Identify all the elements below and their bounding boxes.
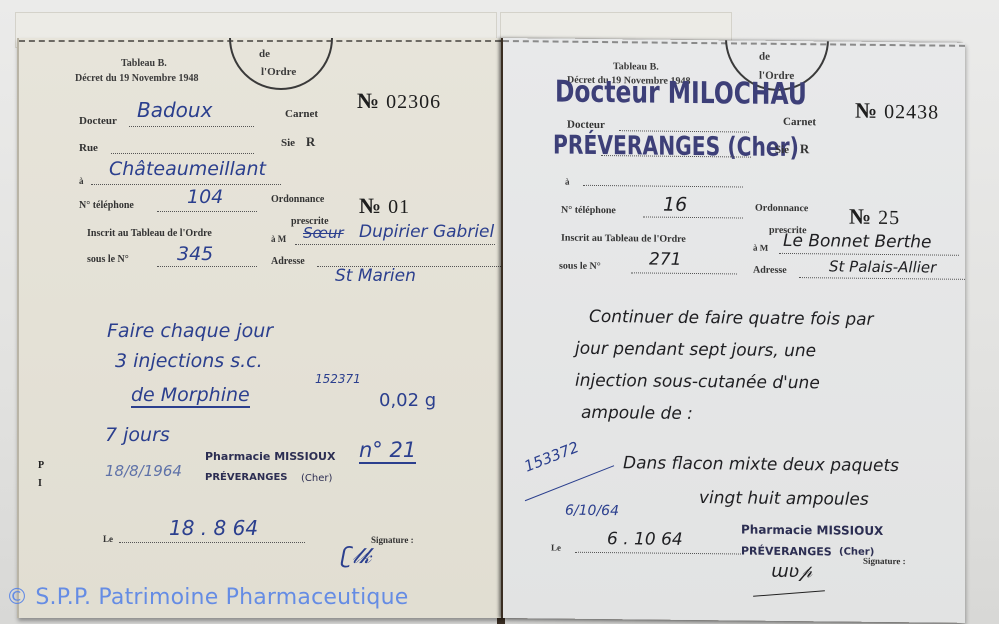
sous-le-no-label: sous le N° [87,254,129,265]
tableau-label: Tableau B. [121,58,167,69]
prescription-dose: 0,02 g [379,390,436,411]
ordonnance-label: Ordonnance [755,203,808,215]
telephone-value: 16 [663,194,687,216]
sous-le-no-line [157,266,257,267]
order-seal [229,38,333,90]
serie-prefix: Sie [281,137,295,149]
ordonnance-number-value: 01 [388,196,410,218]
docteur-label: Docteur [567,119,605,131]
signature-mark: ʗ𝓁𝓀 [341,544,371,569]
prescription-line-6: vingt huit ampoules [699,488,869,510]
pharmacy-date: 18/8/1964 [105,462,182,480]
drug-name: de Morphine [131,384,250,408]
a-m-label: à M [271,234,286,244]
number-symbol: № [357,88,380,113]
prescription-duration: 7 jours [105,424,170,446]
docteur-value: Badoux [137,98,212,122]
register-number: 152371 [315,372,361,386]
a-line [583,185,743,188]
serie-value: R [306,134,315,149]
seal-text-ordre: l'Ordre [261,66,296,78]
prescription-line-3: injection sous-cutanée d'une [575,371,820,394]
copyright-watermark: © S.P.P. Patrimoine Pharmaceutique [6,585,408,610]
edge-print-mark: I [38,478,42,489]
register-number: 153372 [522,438,582,476]
pharmacy-stamp-name: Pharmacie MISSIOUX [741,522,883,537]
pharmacy-stamp-dept: (Cher) [301,473,332,484]
sous-le-no-label: sous le N° [559,261,601,272]
a-label: à [565,177,570,187]
adresse-label: Adresse [271,256,305,267]
number-symbol: № [855,98,878,123]
a-line [91,184,281,185]
patient-line [779,253,959,256]
carnet-label: Carnet [285,108,318,120]
pharmacy-stamp-town: PRÉVERANGES [205,472,287,483]
carnet-label: Carnet [783,116,816,128]
decret-label: Décret du 19 Novembre 1948 [75,73,199,84]
number-symbol: № [849,204,872,229]
edge-print-mark: P [38,460,44,471]
serie-label: Sie R [775,141,809,157]
inscrit-label: Inscrit au Tableau de l'Ordre [87,228,212,239]
telephone-line [643,216,743,218]
ordonnance-number-value: 25 [878,207,900,229]
a-m-label: à M [753,243,768,253]
carnet-number: № 02438 [855,98,939,125]
prescription-line-2: jour pendant sept jours, une [575,339,816,362]
a-value: Châteaumeillant [109,158,266,180]
telephone-value: 104 [187,186,223,208]
seal-text-de: de [259,48,270,60]
telephone-line [157,211,257,212]
telephone-label: N° téléphone [79,200,134,211]
prescription-line-4: ampoule de : [581,403,693,424]
prescription-line-1: Continuer de faire quatre fois par [589,307,874,330]
number-symbol: № [359,193,382,218]
signature-label: Signature : [863,556,906,566]
prescription-line-3: de Morphine [131,384,250,406]
signature-label: Signature : [371,535,414,545]
patient-line [295,244,495,245]
ordonnance-number: № 01 [359,193,410,219]
seal-text-de: de [759,51,770,63]
adresse-label: Adresse [753,265,787,276]
serie-prefix: Sie [775,144,789,156]
carnet-number-value: 02438 [884,101,939,124]
doctor-stamp: Docteur MILOCHAU [555,75,807,113]
patient-value: Dupirier Gabriel [359,222,494,242]
inscrit-label: Inscrit au Tableau de l'Ordre [561,233,686,245]
pharmacy-stamp-name: Pharmacie MISSIOUX [205,450,335,463]
adresse-value: St Marien [335,266,416,286]
sous-le-no-line [631,272,737,274]
adresse-line [799,277,965,280]
date-line [119,542,305,543]
signature-underline [753,590,825,597]
pharmacy-stamp-town: PRÉVERANGES [741,544,832,558]
sous-le-no-value: 345 [177,243,213,265]
date-line [575,552,741,555]
serie-label: Sie R [281,134,315,150]
rue-label: Rue [79,142,98,154]
telephone-label: N° téléphone [561,205,616,217]
docteur-line [129,126,254,127]
town-stamp: PRÉVERANGES (Cher) [553,131,799,164]
prescription-form-right: de l'Ordre Tableau B. Décret du 19 Novem… [503,38,965,623]
signature-mark: ɯʋ𝓅 [771,561,812,582]
prescription-line-1: Faire chaque jour [107,320,273,342]
ordonnance-number: № 25 [849,204,900,231]
prescription-line-2: 3 injections s.c. [115,350,263,372]
sous-le-no-value: 271 [649,250,681,270]
prescription-line-5: Dans flacon mixte deux paquets [623,453,899,476]
prescription-form-left: de l'Ordre Tableau B. Décret du 19 Novem… [17,38,501,618]
tableau-label: Tableau B. [613,61,659,72]
pharmacy-date: 6/10/64 [565,503,619,520]
le-label: Le [103,534,113,544]
ordonnance-label: Ordonnance [271,194,324,205]
patient-value: Le Bonnet Berthe [783,231,931,253]
carnet-number-value: 02306 [386,91,441,113]
rue-line [111,153,254,154]
date-value: 18 . 8 64 [169,516,258,540]
serie-value: R [800,141,809,156]
adresse-value: St Palais-Allier [829,257,936,276]
date-value: 6 . 10 64 [607,529,683,550]
a-label: à [79,176,84,186]
docteur-label: Docteur [79,115,117,127]
le-label: Le [551,543,561,553]
pharmacy-no: n° 21 [359,438,416,462]
patient-struck: Sœur [303,224,344,242]
pharmacy-no-value: n° 21 [359,438,416,464]
carnet-number: № 02306 [357,88,441,114]
